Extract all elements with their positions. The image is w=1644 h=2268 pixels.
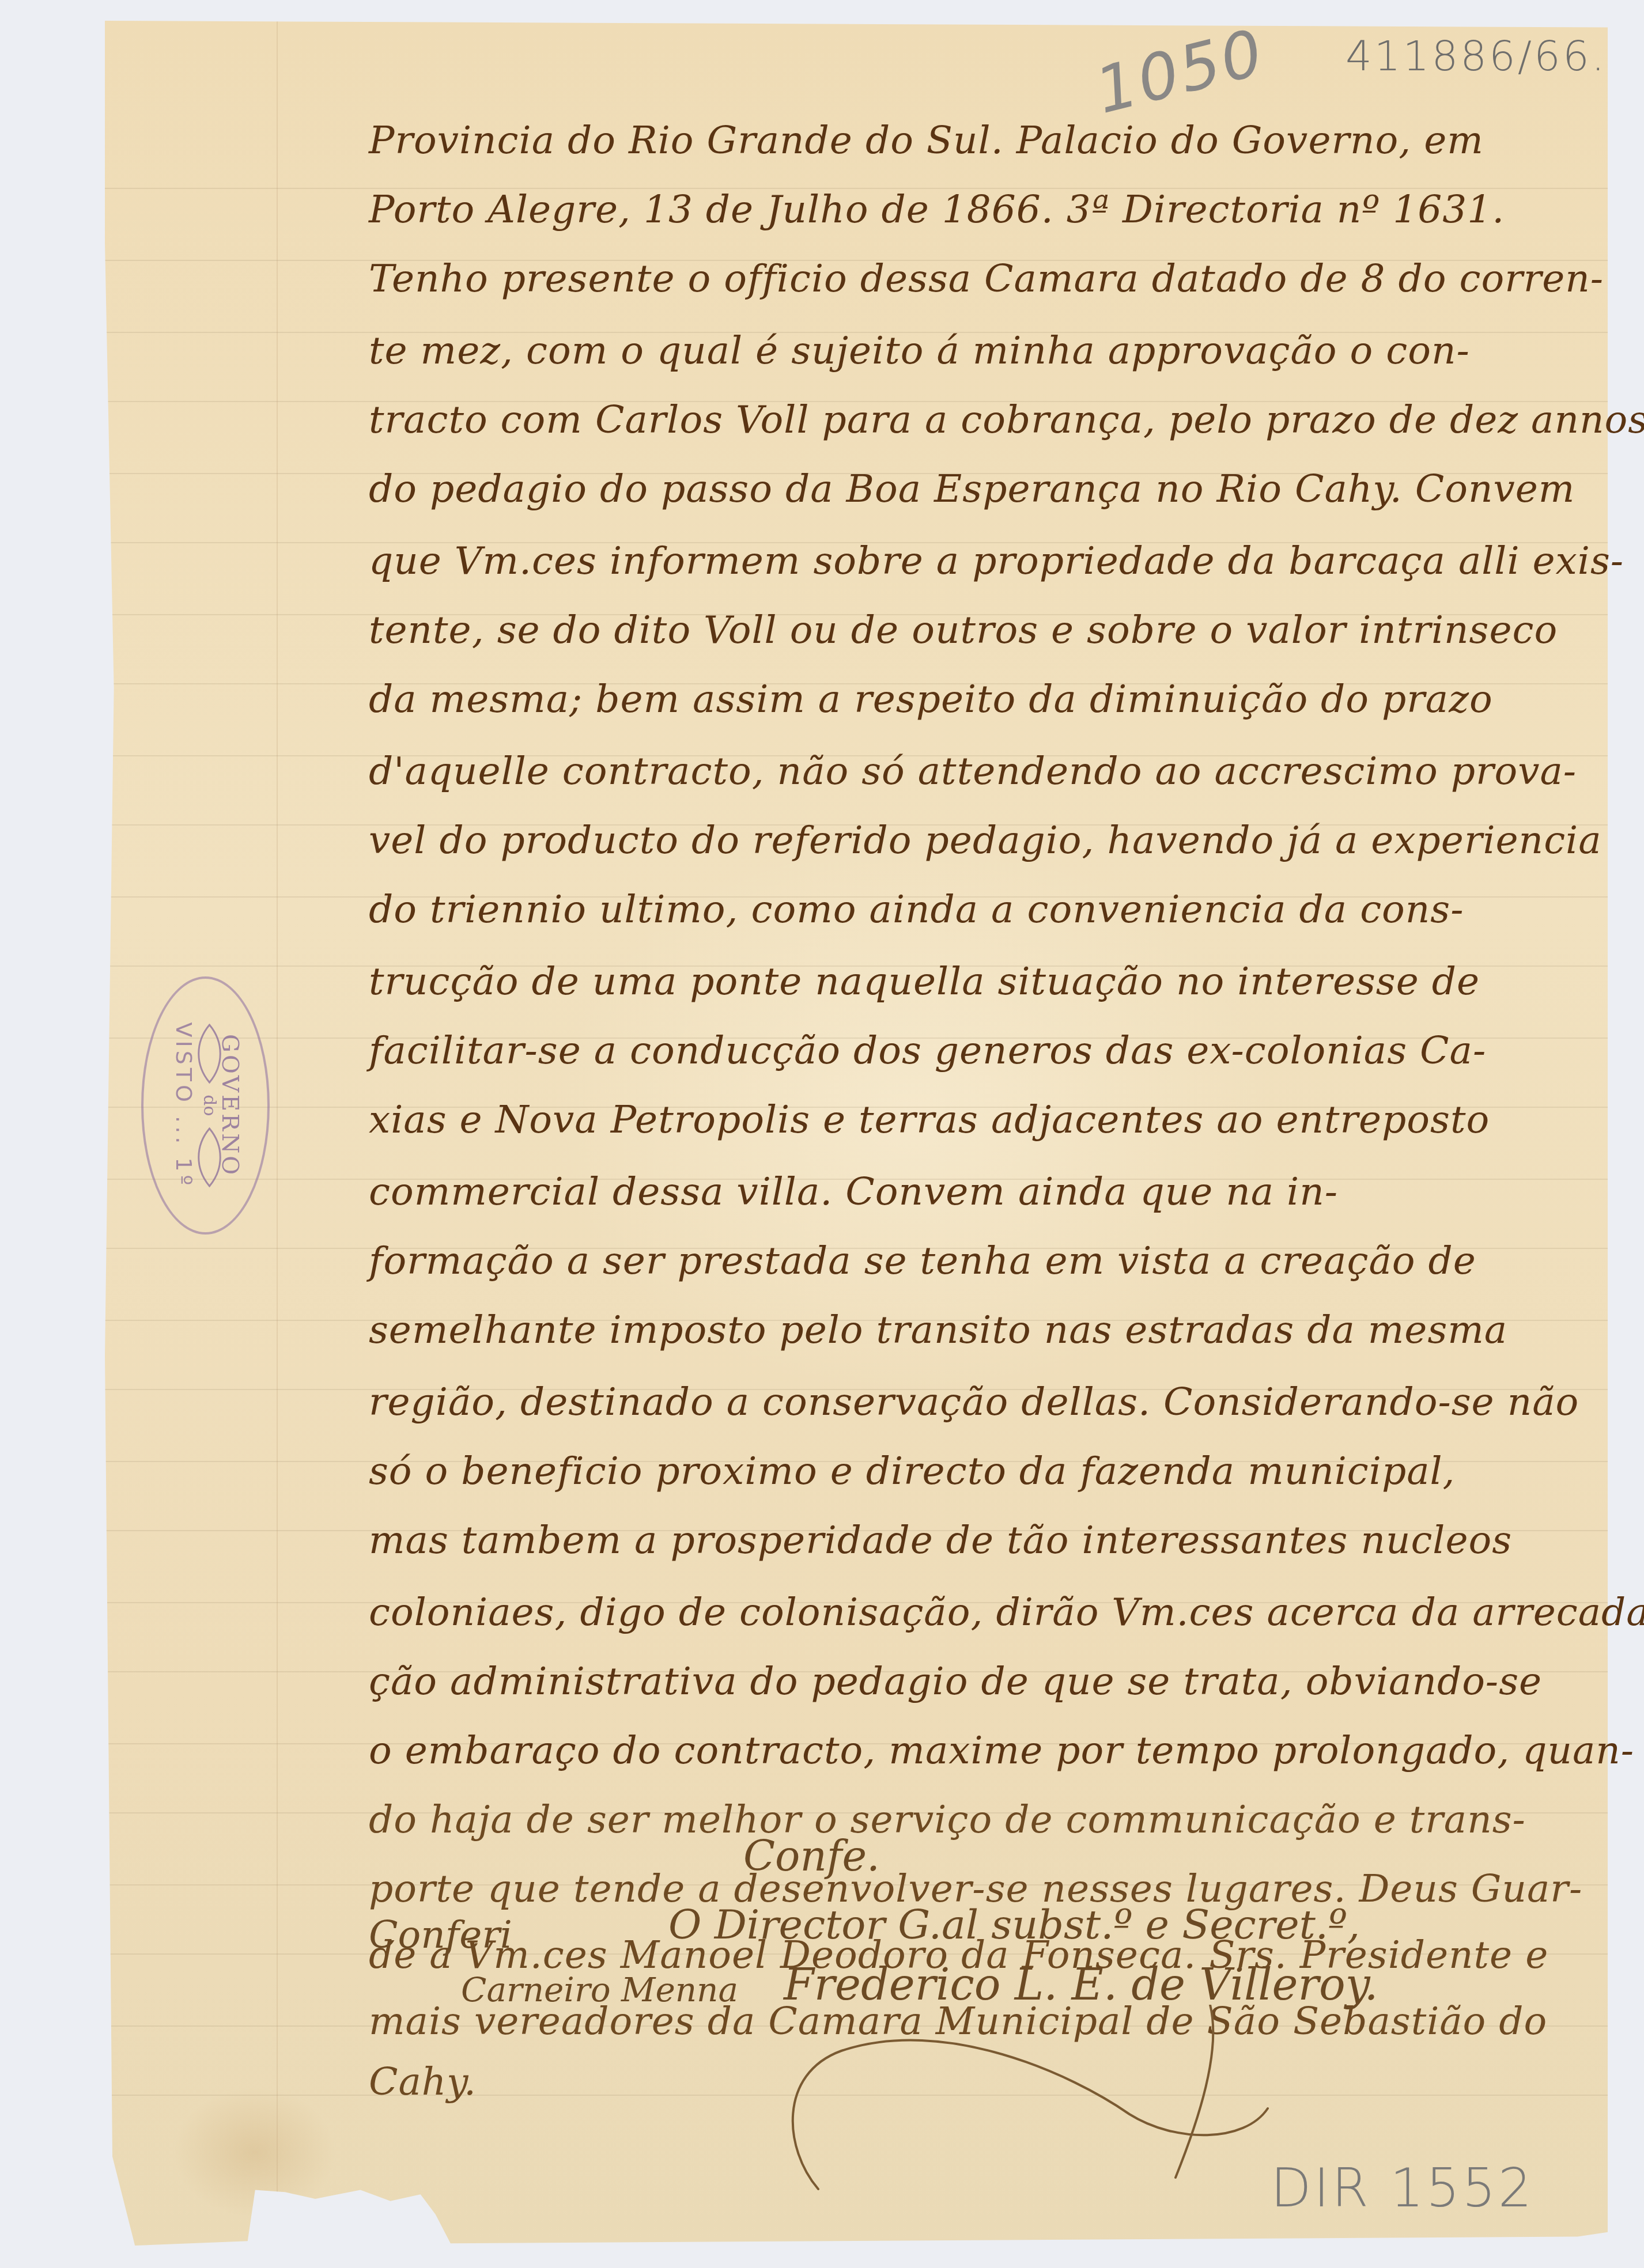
letter-line: commercial dessa villa. Convem ainda que… [369, 1169, 1338, 1214]
oval-government-seal-icon: VISTO ... 1º do GOVERNO [141, 976, 270, 1235]
conforme-note: Confe. [743, 1832, 880, 1880]
director-signature: Frederico L. E. de Villeroy. [784, 1959, 1378, 2010]
margin-rule [277, 21, 278, 2246]
letter-line: semelhante imposto pelo transito nas est… [369, 1308, 1507, 1352]
letter-line: tracto com Carlos Voll para a cobrança, … [369, 397, 1644, 442]
letter-line: ção administrativa do pedagio de que se … [369, 1659, 1542, 1703]
letter-line: Tenho presente o officio dessa Camara da… [369, 256, 1604, 301]
conferido-note: Conferi [369, 1913, 512, 1957]
letter-line: Porto Alegre, 13 de Julho de 1866. 3ª Di… [369, 187, 1505, 232]
archive-reference-top: 411886/66. [1346, 32, 1607, 80]
letter-line: mas tambem a prosperidade de tão interes… [369, 1518, 1512, 1562]
letter-line: Provincia do Rio Grande do Sul. Palacio … [369, 118, 1484, 162]
letter-line: facilitar-se a conducção dos generos das… [369, 1028, 1486, 1073]
letter-line: do triennio ultimo, como ainda a conveni… [369, 887, 1464, 932]
letter-line: só o beneficio proximo e directo da faze… [369, 1449, 1456, 1493]
letter-line: xias e Nova Petropolis e terras adjacent… [369, 1097, 1490, 1142]
letter-line: o embaraço do contracto, maxime por temp… [369, 1728, 1634, 1773]
letter-line: Cahy. [369, 2059, 477, 2104]
letter-line: da mesma; bem assim a respeito da diminu… [369, 677, 1493, 721]
letter-line: trucção de uma ponte naquella situação n… [369, 959, 1480, 1004]
letter-line: coloniaes, digo de colonisação, dirão Vm… [369, 1590, 1644, 1634]
signature-flourish-icon [772, 2005, 1279, 2195]
letter-line: região, destinado a conservação dellas. … [369, 1380, 1579, 1424]
clerk-signature: Carneiro Menna [461, 1970, 738, 2009]
letter-line: formação a ser prestada se tenha em vist… [369, 1239, 1476, 1283]
archive-reference-bottom: DIR 1552 [1271, 2157, 1534, 2219]
letter-line: do pedagio do passo da Boa Esperança no … [369, 467, 1575, 511]
letter-line: tente, se do dito Voll ou de outros e so… [369, 608, 1558, 652]
letter-line: d'aquelle contracto, não só attendendo a… [369, 749, 1577, 793]
letter-line: vel do producto do referido pedagio, hav… [369, 818, 1602, 862]
stamp-inner-text: GOVERNO [217, 1034, 243, 1177]
director-title: O Director G.al subst.º e Secret.º, [668, 1901, 1360, 1948]
letter-line: do haja de ser melhor o serviço de commu… [369, 1797, 1526, 1842]
letter-line: te mez, com o qual é sujeito á minha app… [369, 328, 1470, 373]
letter-line: que Vm.ces informem sobre a propriedade … [369, 539, 1624, 583]
